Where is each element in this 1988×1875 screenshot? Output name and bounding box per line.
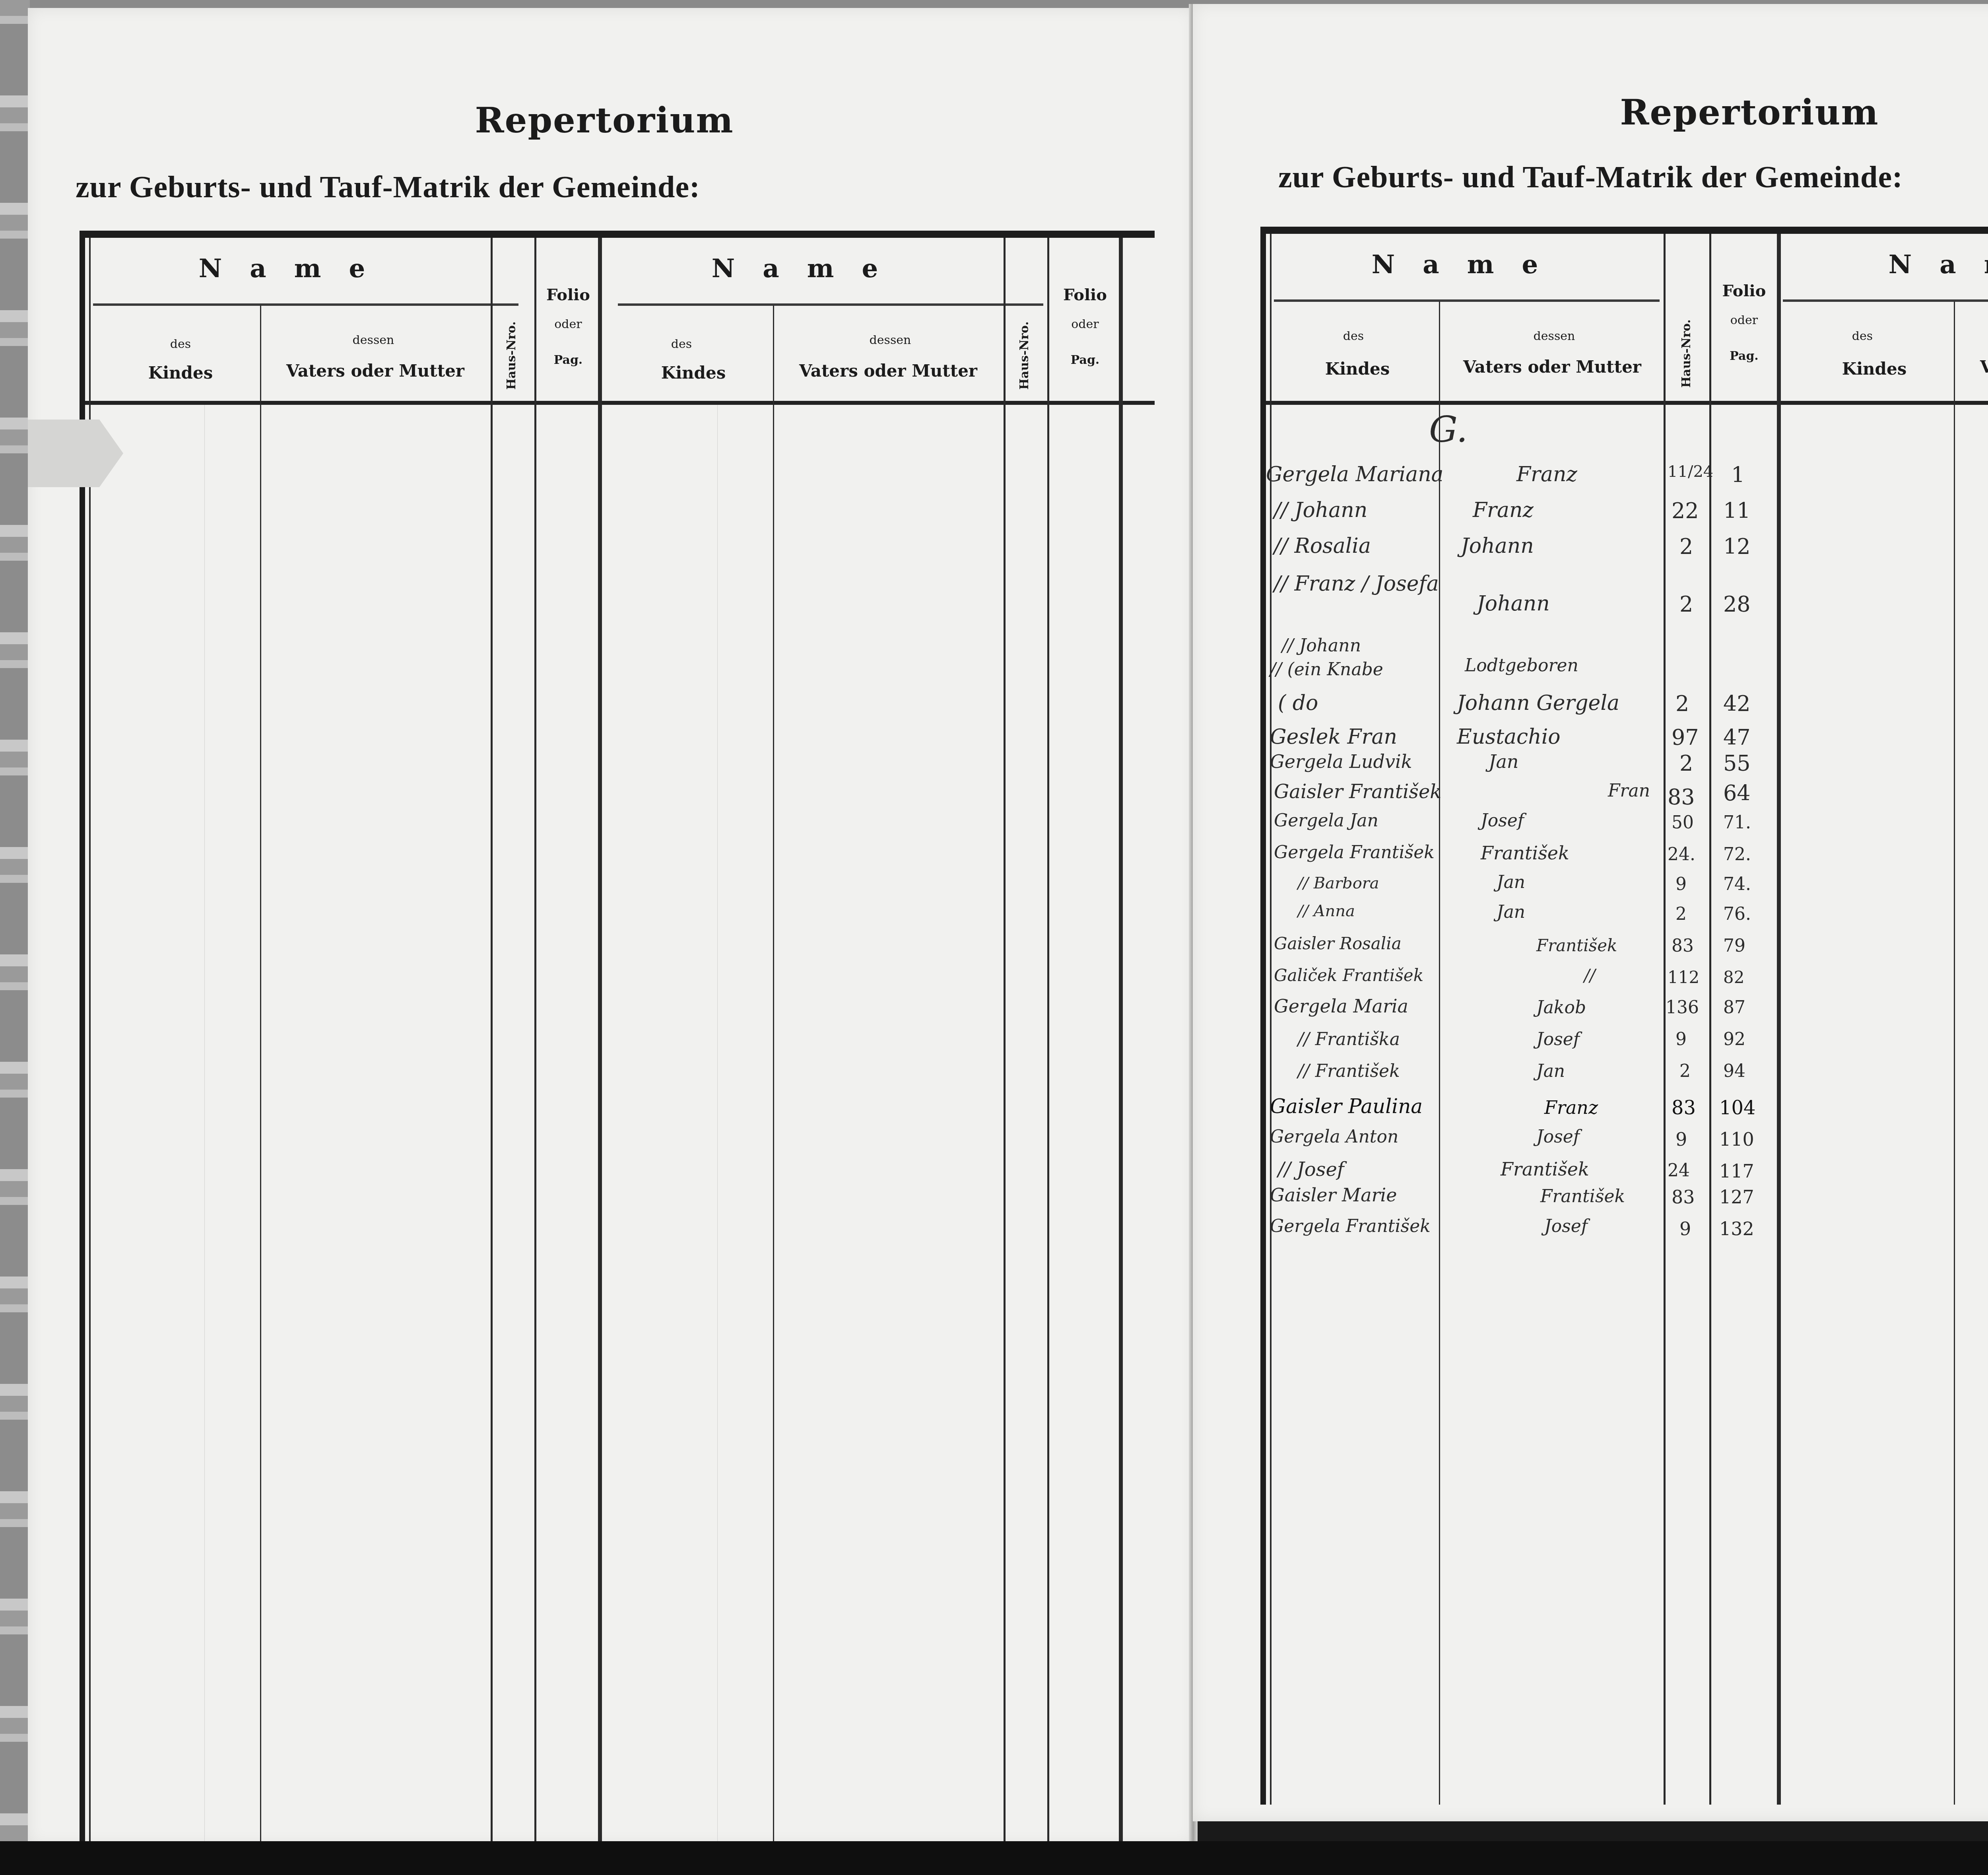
entry-child: Gergela Ludvik [1270,751,1412,772]
right-header-dessen-1: dessen [1505,329,1604,343]
entry-child: Gergela Anton [1270,1127,1398,1147]
right-page-title: Repertorium [1590,91,1908,133]
entry-child: Gergela Jan [1274,810,1378,831]
left-header-name-2: Name [670,254,948,284]
entry-folio: 28 [1723,592,1751,617]
right-header-des-1: des [1314,329,1393,343]
entry-child: Gergela František [1274,842,1435,863]
left-header-oder-2: oder [1051,317,1119,331]
entry-house: 83 [1672,1097,1696,1119]
entry-house: 50 [1672,812,1694,833]
left-header-vaters-2: Vaters oder Mutter [777,361,1000,381]
entry-child: // Rosalia [1274,534,1371,558]
entry-house: 83 [1668,785,1695,810]
entry-house: 2 [1679,751,1693,776]
left-header-des-1: des [141,337,220,351]
entry-child: Gaisler František [1274,781,1441,803]
left-header-vaters-1: Vaters oder Mutter [264,361,487,381]
left-header-pag-1: Pag. [538,353,598,367]
entry-house: 112 [1668,968,1699,987]
right-header-kindes-1: Kindes [1302,359,1413,379]
right-header-des-2: des [1823,329,1902,343]
entry-child: // Františka [1298,1029,1400,1049]
entry-parent: Jan [1497,902,1525,922]
entry-folio: 64 [1723,781,1751,806]
left-header-pag-2: Pag. [1051,353,1119,367]
entry-parent: Josef [1536,1029,1580,1049]
right-header-oder-1: oder [1711,313,1777,327]
entry-folio: 79 [1723,936,1745,956]
entry-house: 24 [1668,1160,1690,1181]
left-header-name-1: Name [157,254,435,284]
right-header-vaters-1: Vaters oder Mutter [1441,357,1664,377]
left-header-oder-1: oder [538,317,598,331]
left-register-table: Name des Kindes dessen Vaters oder Mutte… [80,231,1155,1852]
entry-parent: František [1536,936,1617,955]
right-header-name-2: Name [1846,250,1988,280]
entry-folio: 12 [1723,534,1751,559]
entry-house: 97 [1672,725,1699,750]
left-header-dessen-1: dessen [324,333,423,347]
left-page-subtitle: zur Geburts- und Tauf-Matrik der Gemeind… [76,169,871,205]
entry-house: 9 [1675,1129,1687,1150]
entry-parent: Johann [1477,592,1550,616]
entry-folio: 127 [1719,1186,1754,1208]
entry-house: 2 [1675,904,1687,924]
entry-parent: // [1584,966,1595,985]
left-header-kindes-1: Kindes [125,363,236,383]
entry-house: 11/24 [1668,462,1713,481]
entry-folio: 87 [1723,997,1745,1018]
entry-child: // Johann [1274,498,1367,522]
entry-child: Gergela Maria [1274,995,1408,1017]
entry-parent: Eustachio [1457,725,1561,749]
entry-folio: 74. [1723,874,1751,894]
entry-child: // (ein Knabe [1270,659,1383,680]
entry-parent: Johann Gergela [1457,691,1619,715]
entry-child: Galiček František [1274,966,1423,985]
entry-folio: 92 [1723,1029,1745,1049]
entry-parent: František [1540,1186,1625,1207]
left-header-kindes-2: Kindes [634,363,753,383]
left-header-folio-1: Folio [538,286,598,304]
entry-child: // Josef [1278,1158,1344,1181]
left-page-title: Repertorium [445,99,763,141]
entry-folio: 72. [1723,844,1751,865]
entry-house: 2 [1675,691,1689,716]
right-page-subtitle: zur Geburts- und Tauf-Matrik der Gemeind… [1278,159,1988,195]
left-header-dessen-2: dessen [841,333,940,347]
left-header-haus-1: Haus-Nro. [505,321,518,390]
entry-parent: Jakob [1536,997,1586,1018]
entry-parent: Franz [1473,498,1534,522]
right-header-name-1: Name [1330,250,1608,280]
entry-parent: Jan [1536,1061,1565,1081]
entry-parent: Fran [1608,781,1650,801]
entry-child: Geslek Fran [1270,725,1397,749]
entry-house: 22 [1672,498,1699,523]
entry-house: 9 [1679,1218,1691,1240]
left-header-haus-2: Haus-Nro. [1017,321,1031,390]
left-header-des-2: des [642,337,721,351]
entry-parent: Josef [1481,810,1524,831]
right-header-haus-1: Haus-Nro. [1679,319,1693,388]
entry-child: ( do [1278,691,1318,715]
entry-house: 2 [1679,1061,1691,1081]
right-header-folio-1: Folio [1711,282,1777,300]
entry-child: Gergela Mariana [1266,462,1444,486]
entry-parent: Johann [1461,534,1534,558]
left-page: Repertorium zur Geburts- und Tauf-Matrik… [28,8,1195,1845]
entry-parent: Jan [1489,751,1519,772]
section-letter: G. [1429,409,1468,451]
entry-parent: František [1501,1158,1589,1180]
entry-folio: 42 [1723,691,1751,716]
entry-house: 9 [1675,1029,1687,1049]
entry-folio: 132 [1719,1218,1754,1240]
entry-folio: 117 [1719,1160,1754,1182]
entry-parent: Josef [1536,1127,1580,1147]
entry-house: 24. [1668,844,1695,865]
entry-parent: Jan [1497,872,1525,892]
entry-folio: 110 [1719,1129,1754,1150]
entry-folio: 1 [1731,462,1745,488]
entry-folio: 76. [1723,904,1751,924]
entry-folio: 82 [1723,968,1744,987]
entry-folio: 104 [1719,1097,1756,1119]
entry-house: 9 [1675,874,1687,894]
entry-child: // Anna [1298,902,1355,920]
right-header-vaters-2: Vaters oder Mutter [1958,357,1988,377]
entry-folio: 71. [1723,812,1751,833]
right-header-kindes-2: Kindes [1815,359,1934,379]
entry-child: Gergela František [1270,1216,1431,1236]
entry-child: Gaisler Paulina [1270,1095,1423,1118]
entry-child: // Johann [1282,635,1361,656]
entry-parent: František [1481,842,1569,864]
left-header-folio-2: Folio [1051,286,1119,304]
entry-folio: 94 [1723,1061,1745,1081]
entry-child: // František [1298,1061,1400,1081]
entry-house: 2 [1679,534,1693,559]
entry-parent: Franz [1544,1097,1598,1118]
entry-folio: 11 [1723,498,1751,523]
entry-house: 136 [1666,997,1699,1018]
entry-parent: Lodtgeboren [1465,655,1578,676]
scan-background-bottom [0,1841,1988,1875]
entry-folio: 55 [1723,751,1751,776]
entry-house: 83 [1672,936,1694,956]
right-register-table: Name des Kindes dessen Vaters oder Mutte… [1260,227,1988,1805]
entry-child: // Barbora [1298,874,1379,892]
entry-house: 2 [1679,592,1693,617]
entry-child: // Franz / Josefa [1274,572,1439,596]
entry-parent: Josef [1544,1216,1588,1236]
right-header-pag-1: Pag. [1711,349,1777,363]
right-page: Repertorium zur Geburts- und Tauf-Matrik… [1193,4,1988,1821]
book-fore-edge-left [0,0,30,1875]
entry-child: Gaisler Marie [1270,1184,1397,1206]
entry-parent: Franz [1516,462,1577,486]
entry-child: Gaisler Rosalia [1274,934,1402,953]
entry-folio: 47 [1723,725,1751,750]
entry-house: 83 [1672,1186,1695,1208]
